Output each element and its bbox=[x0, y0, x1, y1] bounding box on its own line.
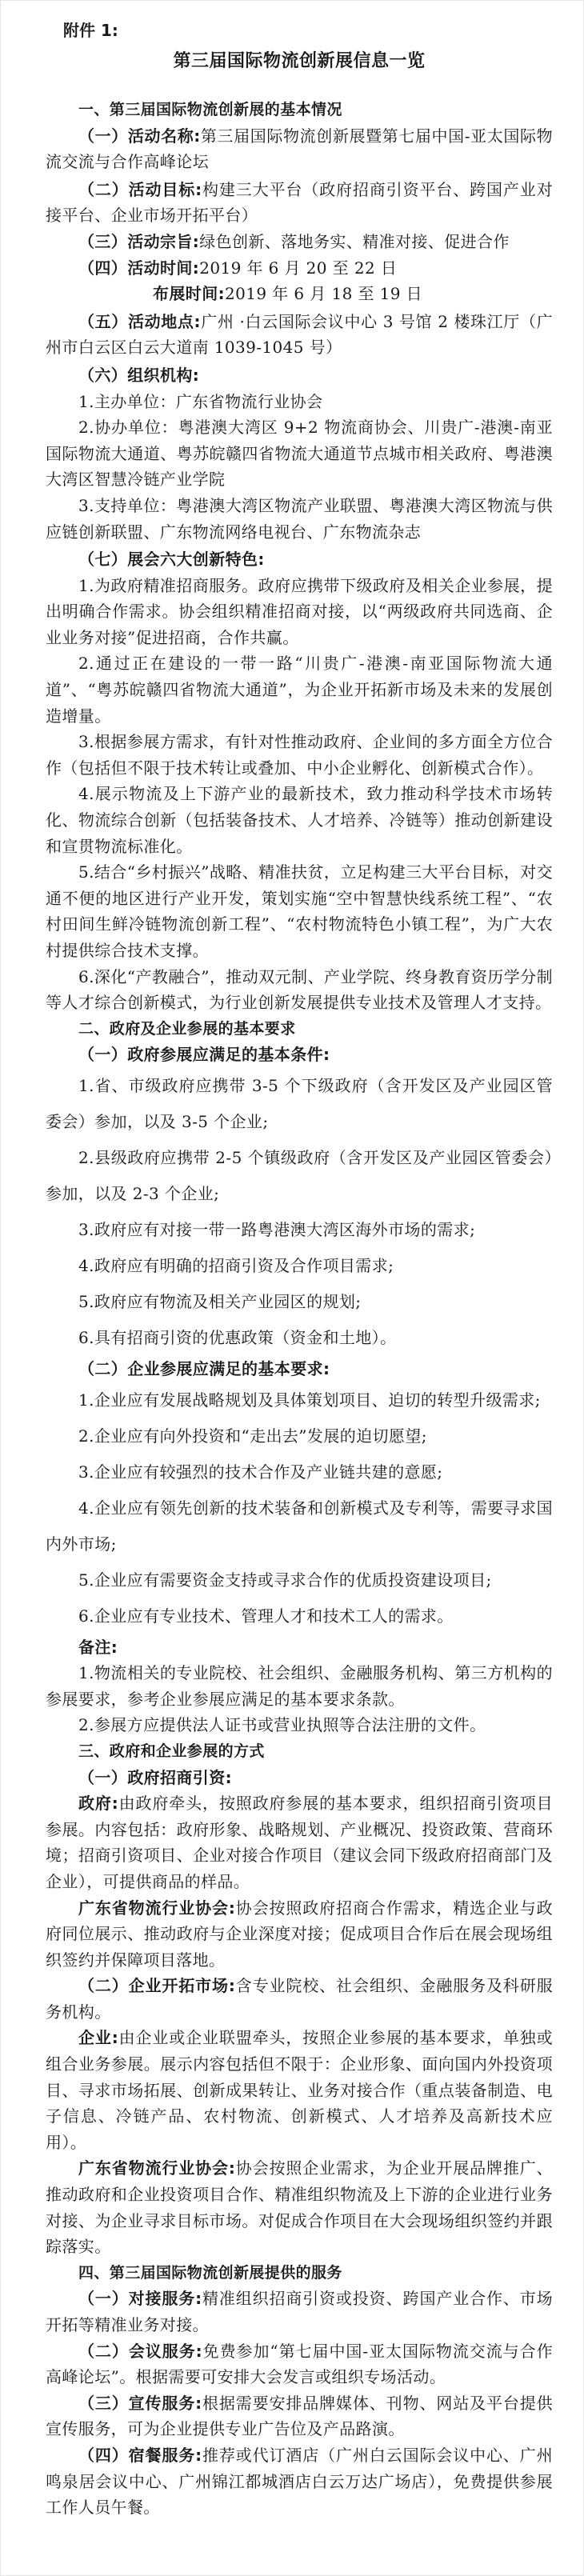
field-label: （二）活动目标: bbox=[78, 180, 202, 199]
org-item: 3.支持单位：粤港澳大湾区物流产业联盟、粤港澳大湾区物流与供应链创新联盟、广东物… bbox=[46, 493, 553, 545]
gov-invest-heading: （一）政府招商引资: bbox=[46, 1765, 553, 1791]
activity-purpose: （三）活动宗旨:绿色创新、落地务实、精准对接、促进合作 bbox=[46, 229, 553, 255]
feature-item: 1.为政府精准招商服务。政府应携带下级政府及相关企业参展，提出明确合作需求。协会… bbox=[46, 573, 553, 651]
ent-requirement-item: 2.企业应有向外投资和“走出去”发展的迫切愿望; bbox=[46, 1418, 553, 1454]
org-heading: （六）组织机构: bbox=[46, 362, 553, 389]
feature-item: 2.通过正在建设的一带一路“川贵广-港澳-南亚国际物流大通道”、“粤苏皖赣四省物… bbox=[46, 650, 553, 729]
field-label: 广东省物流行业协会: bbox=[78, 2158, 235, 2178]
section-heading: 二、政府及企业参展的基本要求 bbox=[46, 1016, 553, 1042]
notes-heading: 备注: bbox=[46, 1634, 553, 1661]
attachment-label: 附件 1: bbox=[63, 17, 553, 44]
section-requirements: 二、政府及企业参展的基本要求 （一）政府参展应满足的基本条件: 1.省、市级政府… bbox=[46, 1016, 553, 1738]
field-label: 备注: bbox=[78, 1638, 118, 1657]
gov-condition-item: 2.县级政府应携带 2-5 个镇级政府（含开发区及产业园区管委会）参加，以及 2… bbox=[46, 1140, 553, 1212]
ent-market-ent: 企业:由企业或企业联盟牵头，按照企业参展的基本要求，单独或组合业务参展。展示内容… bbox=[46, 2025, 553, 2155]
feature-item: 6.深化“产教融合”，推动双元制、产业学院、终身教育资历学分制等人才综合创新模式… bbox=[46, 964, 553, 1016]
gov-condition-item: 5.政府应有物流及相关产业园区的规划; bbox=[46, 1284, 553, 1320]
field-label: （一）对接服务: bbox=[78, 2289, 202, 2308]
section-participation-methods: 三、政府和企业参展的方式 （一）政府招商引资: 政府:由政府牵头，按照政府参展的… bbox=[46, 1738, 553, 2260]
activity-venue: （五）活动地点:广州 ·白云国际会议中心 3 号馆 2 楼珠江厅（广州市白云区白… bbox=[46, 309, 553, 361]
document-page: 附件 1: 第三届国际物流创新展信息一览 一、第三届国际物流创新展的基本情况 （… bbox=[0, 0, 584, 2576]
service-item: （二）会议服务:免费参加“第七届中国-亚太国际物流交流与合作高峰论坛”。根据需要… bbox=[46, 2338, 553, 2390]
service-item: （四）宿餐服务:推荐或代订酒店（广州白云国际会议中心、广州鸣泉居会议中心、广州锦… bbox=[46, 2442, 553, 2521]
ent-requirement-item: 1.企业应有发展战略规划及具体策划项目、迫切的转型升级需求; bbox=[46, 1382, 553, 1418]
ent-requirement-item: 6.企业应有专业技术、管理人才和技术工人的需求。 bbox=[46, 1598, 553, 1634]
field-label: 广东省物流行业协会: bbox=[78, 1898, 235, 1918]
ent-requirements-heading: （二）企业参展应满足的基本要求: bbox=[46, 1356, 553, 1382]
section-services: 四、第三届国际物流创新展提供的服务 （一）对接服务:精准组织招商引资或投资、跨国… bbox=[46, 2260, 553, 2521]
field-label: （六）组织机构: bbox=[78, 366, 199, 385]
activity-goal: （二）活动目标:构建三大平台（政府招商引资平台、跨国产业对接平台、企业市场开拓平… bbox=[46, 177, 553, 229]
org-item: 2.协办单位：粤港澳大湾区 9+2 物流商协会、川贵广-港澳-南亚国际物流大通道… bbox=[46, 414, 553, 493]
gov-conditions-heading: （一）政府参展应满足的基本条件: bbox=[46, 1042, 553, 1068]
field-label: （二）会议服务: bbox=[78, 2342, 202, 2361]
org-item: 1.主办单位：广东省物流行业协会 bbox=[46, 389, 553, 415]
gov-condition-item: 3.政府应有对接一带一路粤港澳大湾区海外市场的需求; bbox=[46, 1212, 553, 1248]
field-label: 布展时间: bbox=[153, 284, 225, 303]
field-label: （三）活动宗旨: bbox=[78, 232, 199, 251]
field-label: （四）活动时间: bbox=[78, 258, 199, 278]
field-value: 2019 年 6 月 18 至 19 日 bbox=[225, 284, 422, 303]
ent-requirement-item: 3.企业应有较强烈的技术合作及产业链共建的意愿; bbox=[46, 1454, 553, 1490]
gov-condition-item: 6.具有招商引资的优惠政策（资金和土地）。 bbox=[46, 1320, 553, 1356]
gov-invest-gov: 政府:由政府牵头，按照政府参展的基本要求，组织招商引资项目参展。内容包括：政府形… bbox=[46, 1790, 553, 1894]
feature-item: 4.展示物流及上下游产业的最新技术，致力推动科学技术市场转化、物流综合创新（包括… bbox=[46, 781, 553, 859]
section-heading: 一、第三届国际物流创新展的基本情况 bbox=[46, 97, 553, 123]
gov-condition-item: 4.政府应有明确的招商引资及合作项目需求; bbox=[46, 1248, 553, 1284]
activity-time: （四）活动时间:2019 年 6 月 20 至 22 日 bbox=[46, 255, 553, 282]
section-heading: 三、政府和企业参展的方式 bbox=[46, 1738, 553, 1765]
field-value: 绿色创新、落地务实、精准对接、促进合作 bbox=[199, 232, 510, 251]
note-item: 1.物流相关的专业院校、社会组织、金融服务机构、第三方机构的参展要求，参考企业参… bbox=[46, 1660, 553, 1712]
field-value: 2019 年 6 月 20 至 22 日 bbox=[199, 258, 397, 278]
ent-market-assoc: 广东省物流行业协会:协会按照企业需求，为企业开展品牌推广、推动政府和企业投资项目… bbox=[46, 2155, 553, 2259]
field-label: （三）宣传服务: bbox=[78, 2394, 202, 2413]
field-label: （一）活动名称: bbox=[78, 126, 201, 146]
ent-market-heading: （二）企业开拓市场:含专业院校、社会组织、金融服务及科研服务机构。 bbox=[46, 1973, 553, 2025]
document-title: 第三届国际物流创新展信息一览 bbox=[46, 44, 553, 79]
gov-invest-assoc: 广东省物流行业协会:协会按照政府招商合作需求，精选企业与政府同位展示、推动政府与… bbox=[46, 1895, 553, 1974]
field-label: （二）企业开拓市场: bbox=[78, 1976, 235, 1995]
field-label: 政府: bbox=[78, 1794, 118, 1813]
field-label: （四）宿餐服务: bbox=[78, 2446, 202, 2465]
setup-time: 布展时间:2019 年 6 月 18 至 19 日 bbox=[46, 281, 553, 307]
field-label: （一）政府参展应满足的基本条件: bbox=[78, 1045, 330, 1064]
field-value: 由政府牵头，按照政府参展的基本要求，组织招商引资项目参展。内容包括：政府形象、战… bbox=[46, 1794, 553, 1891]
service-item: （三）宣传服务:根据需要安排品牌媒体、刊物、网站及平台提供宣传服务，可为企业提供… bbox=[46, 2390, 553, 2442]
section-basic-info: 一、第三届国际物流创新展的基本情况 （一）活动名称:第三届国际物流创新展暨第七届… bbox=[46, 97, 553, 1016]
feature-item: 3.根据参展方需求，有针对性推动政府、企业间的多方面全方位合作（包括但不限于技术… bbox=[46, 729, 553, 781]
gov-condition-item: 1.省、市级政府应携带 3-5 个下级政府（含开发区及产业园区管委会）参加，以及… bbox=[46, 1068, 553, 1140]
field-label: （五）活动地点: bbox=[78, 312, 201, 331]
note-item: 2.参展方应提供法人证书或营业执照等合法注册的文件。 bbox=[46, 1712, 553, 1738]
field-label: （一）政府招商引资: bbox=[78, 1768, 232, 1787]
features-heading: （七）展会六大创新特色: bbox=[46, 546, 553, 573]
ent-requirement-item: 4.企业应有领先创新的技术装备和创新模式及专利等，需要寻求国内外市场; bbox=[46, 1490, 553, 1562]
field-value: 由企业或企业联盟牵头，按照企业参展的基本要求，单独或组合业务参展。展示内容包括但… bbox=[46, 2028, 553, 2151]
ent-requirement-item: 5.企业应有需要资金支持或寻求合作的优质投资建设项目; bbox=[46, 1562, 553, 1598]
field-label: （二）企业参展应满足的基本要求: bbox=[78, 1359, 330, 1378]
field-label: （七）展会六大创新特色: bbox=[78, 550, 265, 569]
service-item: （一）对接服务:精准组织招商引资或投资、跨国产业合作、市场开拓等精准业务对接。 bbox=[46, 2286, 553, 2338]
field-label: 企业: bbox=[78, 2028, 118, 2047]
feature-item: 5.结合“乡村振兴”战略、精准扶贫，立足构建三大平台目标，对交通不便的地区进行产… bbox=[46, 859, 553, 963]
activity-name: （一）活动名称:第三届国际物流创新展暨第七届中国-亚太国际物流交流与合作高峰论坛 bbox=[46, 123, 553, 175]
document-content: 附件 1: 第三届国际物流创新展信息一览 一、第三届国际物流创新展的基本情况 （… bbox=[46, 17, 553, 2521]
section-heading: 四、第三届国际物流创新展提供的服务 bbox=[46, 2260, 553, 2286]
